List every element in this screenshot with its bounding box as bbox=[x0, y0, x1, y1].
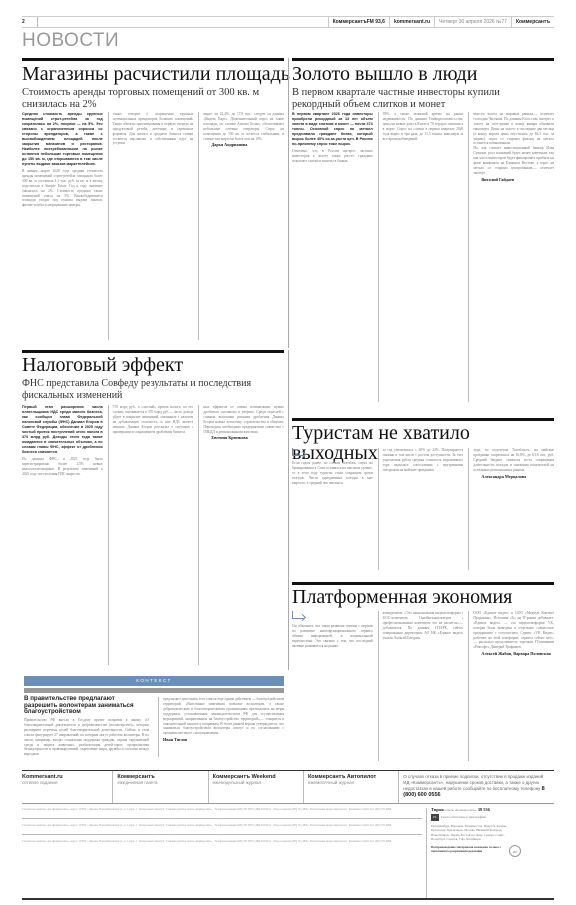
rule bbox=[292, 58, 554, 61]
article-platform-body: Он объясняет, что такая развилка связана… bbox=[292, 611, 554, 761]
headline-tax: Налоговый эффект bbox=[22, 355, 183, 375]
divider bbox=[288, 350, 289, 670]
context-body-right: предлагают дополнить этот список еще одн… bbox=[158, 697, 284, 757]
issue-date: Четверг 30 апреля 2026 №77 bbox=[434, 17, 511, 27]
brand-kommersant-daily[interactable]: Коммерсантъ ежедневная газета bbox=[112, 771, 207, 803]
top-bar: 2 КоммерсантъFM 93,6 kommersant.ru Четве… bbox=[22, 16, 554, 28]
continued-arrow-icon bbox=[292, 448, 304, 456]
rule bbox=[292, 418, 554, 421]
headline-shops: Магазины расчистили площадь bbox=[22, 64, 290, 84]
continued-arrow-icon bbox=[292, 611, 304, 619]
rule bbox=[22, 350, 284, 353]
lead: Средняя стоимость аренды крупных помещен… bbox=[22, 112, 103, 167]
article-tax-body: Первый этап расширения числа плательщико… bbox=[22, 405, 284, 665]
subhead-gold: В первом квартале частные инвесторы купи… bbox=[292, 87, 532, 111]
section-title: НОВОСТИ bbox=[22, 30, 119, 52]
subhead-shops: Стоимость аренды торговых помещений от 3… bbox=[22, 87, 262, 111]
service-notice: О случаях отказа в приеме подписки, отсу… bbox=[398, 771, 554, 803]
rule bbox=[22, 58, 284, 61]
rule bbox=[292, 582, 554, 585]
byline: Дарья Андрианова bbox=[203, 143, 284, 148]
bottom-rule bbox=[22, 898, 554, 900]
article-gold-body: В первом квартале 2026 года инвесторы пр… bbox=[292, 112, 554, 402]
article-tourists-body: Если годом ранее, по словам Travelata, с… bbox=[292, 448, 554, 570]
divider bbox=[288, 58, 289, 348]
print-logo-icon: PC bbox=[431, 814, 439, 821]
footer: Kommersant.ru сетевое издание Коммерсант… bbox=[22, 770, 554, 804]
brand-kommersant-autopilot[interactable]: Коммерсантъ Автопилот ежемесячный журнал bbox=[303, 771, 398, 803]
masthead: Коммерсантъ bbox=[511, 17, 554, 27]
imprint-text: Учредитель, издатель: АО «Коммерсантъ». … bbox=[22, 808, 422, 898]
circulation-box: Тираж газеты «Коммерсантъ»: 39 536 PCГаз… bbox=[426, 808, 554, 900]
radio-label: КоммерсантъFM 93,6 bbox=[328, 17, 389, 27]
circulation-number: 39 536 bbox=[478, 807, 490, 812]
brand-row: Kommersant.ru сетевое издание Коммерсант… bbox=[22, 770, 554, 804]
byline: Виталий Гайдаев bbox=[473, 178, 554, 183]
subhead-tax: ФНС представила Совфеду результаты и пос… bbox=[22, 378, 284, 401]
brand-kommersant-ru[interactable]: Kommersant.ru сетевое издание bbox=[22, 771, 112, 803]
article-shops-body: Средняя стоимость аренды крупных помещен… bbox=[22, 112, 284, 340]
context-bar: КОНТЕКСТ bbox=[24, 676, 284, 686]
headline-platform: Платформенная экономия bbox=[292, 587, 512, 607]
newspaper-page: 2 КоммерсантъFM 93,6 kommersant.ru Четве… bbox=[22, 0, 554, 905]
brand-kommersant-weekend[interactable]: Коммерсантъ Weekend еженедельный журнал bbox=[208, 771, 303, 803]
context-headline: В правительстве предлагают разрешить вол… bbox=[24, 696, 149, 716]
context-body-left: Правительство РФ внесло в Госдуму проект… bbox=[24, 718, 149, 756]
headline-gold: Золото вышло в люди bbox=[292, 64, 477, 84]
context-rule bbox=[24, 688, 284, 693]
site-link[interactable]: kommersant.ru bbox=[389, 17, 434, 27]
page-number: 2 bbox=[22, 17, 38, 27]
